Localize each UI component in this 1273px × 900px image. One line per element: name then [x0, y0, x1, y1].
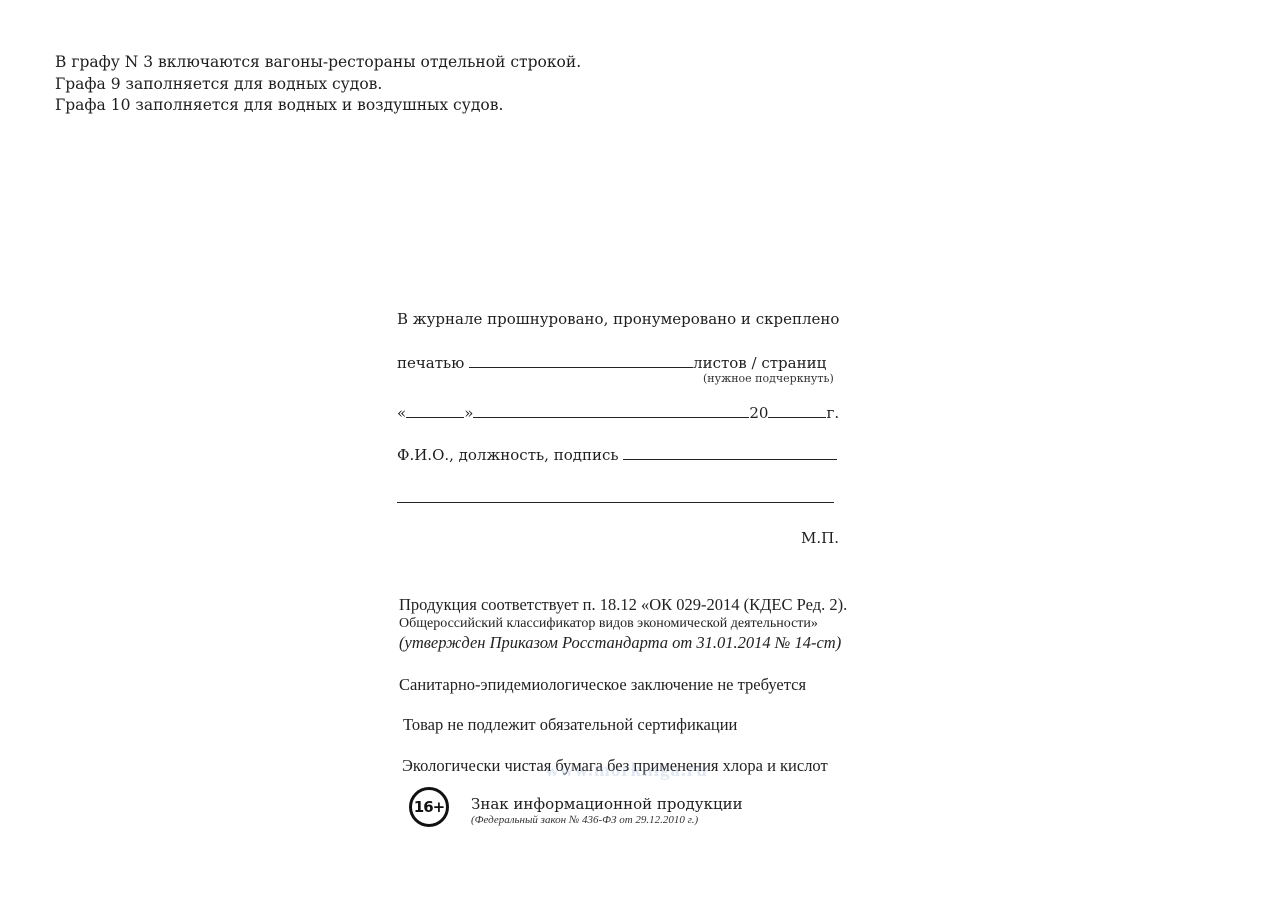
signature-label: Ф.И.О., должность, подпись [397, 446, 619, 464]
sanitary-statement: Санитарно-эпидемиологическое заключение … [399, 675, 806, 695]
instructions-notes: В графу N 3 включаются вагоны-рестораны … [55, 52, 581, 117]
note-line: Графа 10 заполняется для водных и воздуш… [55, 95, 581, 117]
close-quote: » [464, 404, 473, 422]
binding-statement: В журнале прошнуровано, пронумеровано и … [397, 310, 839, 328]
classifier-statement: Продукция соответствует п. 18.12 «ОК 029… [399, 595, 859, 653]
year-suffix: г. [826, 404, 839, 422]
sheets-pages-label: листов / страниц [693, 354, 826, 372]
age-16-plus-icon: 16+ [409, 787, 449, 827]
stamp-place-label: М.П. [801, 529, 839, 547]
watermark: www.morkniga.ru [545, 760, 708, 782]
info-product-sign-title: Знак информационной продукции [471, 795, 743, 813]
year-prefix: 20 [749, 404, 768, 422]
seal-label: печатью [397, 354, 464, 372]
sheets-count-line: печатью листов / страниц [397, 353, 826, 372]
classifier-line: Продукция соответствует п. 18.12 «ОК 029… [399, 595, 859, 615]
underline-hint: (нужное подчеркнуть) [703, 372, 834, 385]
signature-blank[interactable] [623, 445, 837, 460]
extra-line [397, 488, 834, 507]
federal-law-reference: (Федеральный закон № 436-ФЗ от 29.12.201… [471, 814, 698, 826]
day-blank[interactable] [406, 403, 464, 418]
classifier-line: Общероссийский классификатор видов эконо… [399, 615, 859, 633]
note-line: Графа 9 заполняется для водных судов. [55, 74, 581, 96]
note-line: В графу N 3 включаются вагоны-рестораны … [55, 52, 581, 74]
sheets-count-blank[interactable] [469, 353, 693, 368]
month-blank[interactable] [473, 403, 749, 418]
open-quote: « [397, 404, 406, 422]
extra-blank[interactable] [397, 488, 834, 503]
classifier-approval: (утвержден Приказом Росстандарта от 31.0… [399, 633, 859, 653]
year-blank[interactable] [768, 403, 826, 418]
signature-line: Ф.И.О., должность, подпись [397, 445, 837, 464]
no-certification-statement: Товар не подлежит обязательной сертифика… [403, 715, 737, 735]
date-line: «»20г. [397, 403, 839, 422]
